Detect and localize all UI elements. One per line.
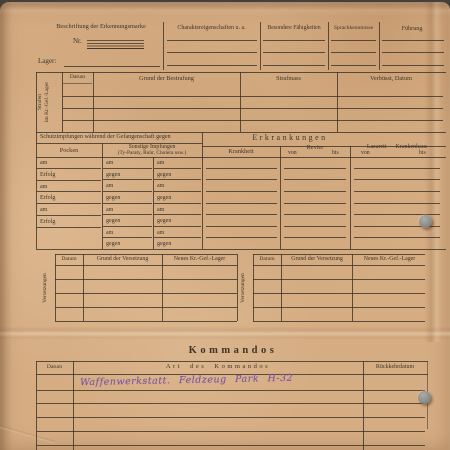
work-details-row-line	[37, 403, 425, 404]
hospital-from-label: von	[361, 150, 370, 157]
work-details-header-type: Art des Kommandos	[75, 363, 361, 370]
punishments-table-top-border	[36, 72, 446, 73]
transfers-right-header-date: Datum	[253, 256, 281, 262]
transfers-left-border	[55, 254, 56, 321]
scanned-document: Beschriftung der Erkennungsmarke Nr. Lag…	[0, 0, 450, 450]
smallpox-row-label: Erfolg	[37, 216, 101, 228]
work-details-left-border	[36, 361, 37, 450]
hole-punch-icon	[418, 391, 431, 404]
punishments-header-date: Datum	[63, 74, 92, 80]
abilities-write-lines	[263, 28, 325, 66]
hole-punch-icon	[419, 215, 432, 228]
work-details-row-line	[37, 431, 425, 432]
smallpox-row-label: Erfolg	[37, 169, 101, 181]
vaccination-row-label: am	[103, 204, 152, 216]
vaccination-row-label: gegen	[103, 192, 152, 204]
transfers-row-line	[253, 279, 425, 280]
punishments-row-line	[63, 120, 443, 121]
work-details-title: Kommandos	[150, 345, 316, 357]
smallpox-row-label: Erfolg	[37, 192, 101, 204]
sickbay-from-label: von	[288, 150, 297, 157]
punishments-date-header-underline	[63, 83, 92, 84]
transfers-right-header-newcamp: Neues Kr.-Gef.-Lager	[353, 256, 426, 263]
transfers-right-top-border	[253, 254, 425, 255]
punishments-table-divider	[62, 72, 63, 132]
vaccination-row-label: am	[154, 204, 201, 216]
character-write-lines	[167, 28, 257, 66]
smallpox-row-label: am	[37, 181, 101, 193]
paper-edge-left	[0, 2, 12, 450]
transfers-left-header-reason: Grund der Versetzung	[84, 256, 161, 263]
illnesses-table-divider	[350, 146, 351, 249]
transfers-left-bottom-border	[55, 321, 237, 322]
vaccination-row-label: gegen	[154, 215, 201, 227]
sickbay-write-lines	[284, 157, 346, 249]
other-vaccinations-header-line2: (Ty-Paraty, Ruhr, Cholera usw.)	[103, 150, 201, 156]
vaccination-row-label: gegen	[154, 169, 201, 181]
illnesses-title: Erkrankungen	[210, 133, 370, 142]
column-header-abilities: Besondere Fähigkeiten	[261, 25, 327, 32]
hospital-write-lines	[354, 157, 440, 249]
sickbay-to-label: bis	[332, 150, 339, 157]
smallpox-header: Pocken	[37, 147, 101, 154]
work-details-row-line	[37, 390, 425, 391]
transfers-table-divider	[162, 254, 163, 321]
vaccination-row-label: am	[154, 157, 201, 169]
transfers-right-bottom-border	[253, 321, 425, 322]
punishments-row-line	[63, 96, 443, 97]
transfers-table-divider	[237, 254, 238, 321]
paper-crease-bottom-left	[0, 423, 55, 444]
punishments-table-divider	[93, 72, 94, 132]
punishments-side-label-line2: im Kr.-Gef.-Lager	[44, 82, 50, 122]
vaccination-row-label: gegen	[103, 215, 152, 227]
transfers-table-divider	[281, 254, 282, 321]
other-vaccinations-rows-1: am gegen am gegen am gegen am gegen	[103, 157, 152, 249]
vaccination-row-label: gegen	[154, 238, 201, 249]
work-details-table-divider	[363, 361, 364, 450]
punishments-header-degree: Strafmass	[242, 75, 335, 82]
transfers-right-header-underline	[253, 265, 425, 266]
pow-record-card: Beschriftung der Erkennungsmarke Nr. Lag…	[0, 2, 450, 450]
column-header-character: Charaktereigenschaften u. a.	[165, 25, 258, 32]
illness-write-lines	[206, 157, 277, 249]
punishments-header-served: Verbüsst, Datum	[339, 75, 443, 82]
smallpox-row-label: am	[37, 157, 101, 169]
transfers-table-divider	[352, 254, 353, 321]
other-vaccinations-rows-2: am gegen am gegen am gegen am gegen	[154, 157, 201, 249]
transfers-side-label-right: Versetzungen	[240, 258, 250, 318]
paper-crease-top	[0, 2, 450, 16]
work-details-top-border	[36, 361, 428, 362]
hospital-to-label: bis	[419, 150, 426, 157]
transfers-left-header-newcamp: Neues Kr.-Gef.-Lager	[163, 256, 236, 263]
transfers-right-border	[253, 254, 254, 321]
vaccination-row-label: gegen	[103, 169, 152, 181]
punishments-row-line	[63, 108, 443, 109]
work-details-row-line	[37, 417, 425, 418]
vaccination-row-label: gegen	[103, 238, 152, 249]
conduct-write-lines	[382, 28, 444, 66]
column-header-languages: Sprachkenntnisse	[329, 25, 378, 31]
vaccination-row-label: am	[103, 157, 152, 169]
vaccination-row-label: am	[103, 227, 152, 239]
work-details-table-divider	[73, 361, 74, 450]
work-details-row-line	[37, 445, 425, 446]
transfers-left-header-date: Datum	[55, 256, 83, 262]
vaccination-row-label: am	[154, 180, 201, 192]
work-details-header-return: Rückkehrdatum	[364, 364, 426, 371]
punishments-table-divider	[240, 72, 241, 132]
transfers-row-line	[253, 307, 425, 308]
smallpox-rows: am Erfolg am Erfolg am Erfolg	[37, 157, 101, 249]
work-details-header-date: Datum	[37, 364, 72, 370]
languages-write-lines	[331, 28, 376, 66]
punishments-header-reason: Grund der Bestrafung	[95, 75, 238, 82]
id-tag-number-field	[87, 40, 144, 49]
paper-crease-middle	[0, 326, 450, 340]
vaccination-row-label: am	[103, 180, 152, 192]
punishments-side-label: Strafen im Kr.-Gef.-Lager	[37, 72, 61, 132]
punishments-table-divider	[337, 72, 338, 132]
transfers-right-header-reason: Grund der Versetzung	[282, 256, 352, 263]
vaccinations-title: Schutzimpfungen während der Gefangenscha…	[40, 134, 171, 141]
id-tag-section-title: Beschriftung der Erkennungsmarke	[38, 23, 164, 30]
illness-header: Krankheit	[203, 148, 279, 155]
vaccination-row-label: gegen	[154, 192, 201, 204]
transfers-table-divider	[83, 254, 84, 321]
camp-fill-line	[64, 66, 160, 67]
vaccination-row-label: am	[154, 227, 201, 239]
transfers-row-line	[253, 293, 425, 294]
camp-label: Lager:	[38, 57, 56, 65]
vaccinations-table-bottom-border	[36, 249, 446, 250]
transfers-side-label-left: Versetzungen	[42, 258, 52, 318]
work-details-handwritten-entry: Waffenwerkstatt. Feldzeug Park H-32	[80, 373, 293, 388]
column-header-conduct: Führung	[380, 25, 444, 32]
illnesses-table-divider	[280, 146, 281, 249]
id-tag-number-label: Nr.	[73, 37, 82, 45]
smallpox-row-label: am	[37, 204, 101, 216]
punishments-side-label-line1: Strafen	[37, 94, 43, 110]
